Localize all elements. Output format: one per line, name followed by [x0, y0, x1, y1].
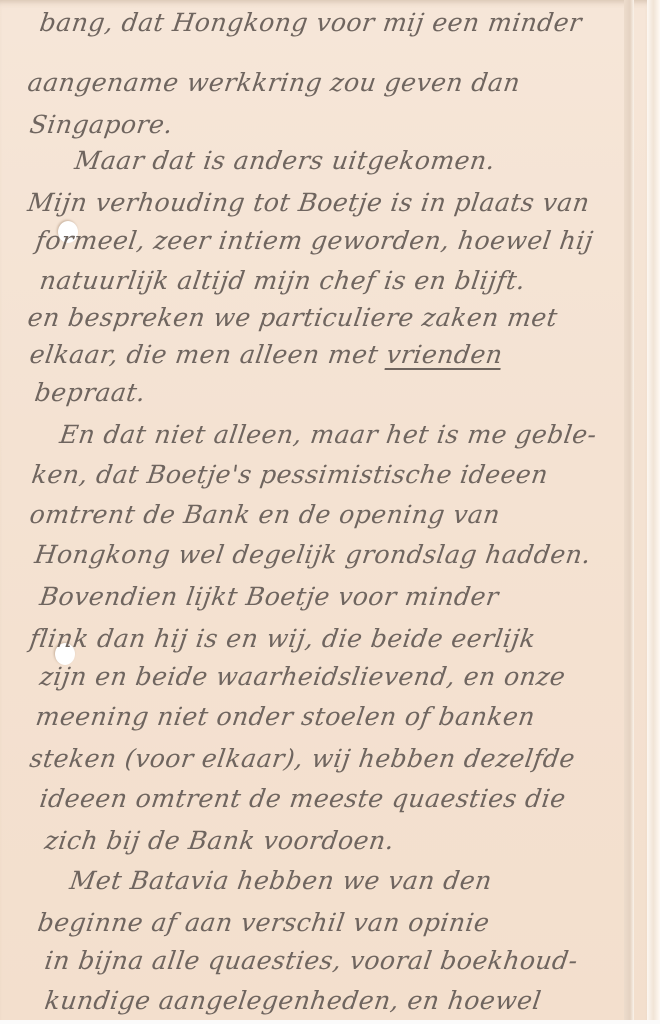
text-line: ken, dat Boetje's pessimistische ideeen	[30, 460, 550, 489]
text-line: Hongkong wel degelijk grondslag hadden.	[33, 540, 593, 569]
text-line: En dat niet alleen, maar het is me geble…	[58, 420, 599, 449]
text-line: en bespreken we particuliere zaken met	[26, 303, 560, 332]
text-line: zich bij de Bank voordoen.	[43, 826, 396, 855]
text-line: flink dan hij is en wij, die beide eerli…	[28, 624, 538, 653]
text-line: bang, dat Hongkong voor mij een minder	[38, 8, 584, 37]
text-line: Bovendien lijkt Boetje voor minder	[38, 582, 501, 611]
text-line: in bijna alle quaesties, vooral boekhoud…	[43, 946, 580, 975]
text-line: beginne af aan verschil van opinie	[36, 908, 492, 937]
text-line: Maar dat is anders uitgekomen.	[73, 146, 497, 175]
text-line: Met Batavia hebben we van den	[68, 866, 494, 895]
text-line: ideeen omtrent de meeste quaesties die	[38, 784, 568, 813]
text-line: steken (voor elkaar), wij hebben dezelfd…	[28, 744, 577, 773]
text-line: omtrent de Bank en de opening van	[28, 500, 502, 529]
page-edge-strip	[647, 0, 660, 1024]
text-line: kundige aangelegenheden, en hoewel	[43, 986, 543, 1015]
text-line: elkaar, die men alleen met vrienden	[28, 340, 505, 369]
letter-page: bang, dat Hongkong voor mij een minder a…	[0, 0, 647, 1020]
text-line: formeel, zeer intiem geworden, hoewel hi…	[34, 226, 595, 255]
text-line: natuurlijk altijd mijn chef is en blijft…	[38, 266, 527, 295]
underlined-word: vrienden	[385, 340, 505, 369]
text-line: Singapore.	[28, 110, 175, 139]
text-segment: elkaar, die men alleen met	[28, 340, 389, 369]
page-fold-edge	[624, 0, 634, 1020]
text-line: meening niet onder stoelen of banken	[34, 702, 537, 731]
text-line: aangename werkkring zou geven dan	[26, 68, 522, 97]
scan-bottom-margin	[0, 1020, 660, 1024]
text-line: bepraat.	[33, 378, 148, 407]
text-line: Mijn verhouding tot Boetje is in plaats …	[26, 188, 592, 217]
text-line: zijn en beide waarheidslievend, en onze	[38, 662, 567, 691]
